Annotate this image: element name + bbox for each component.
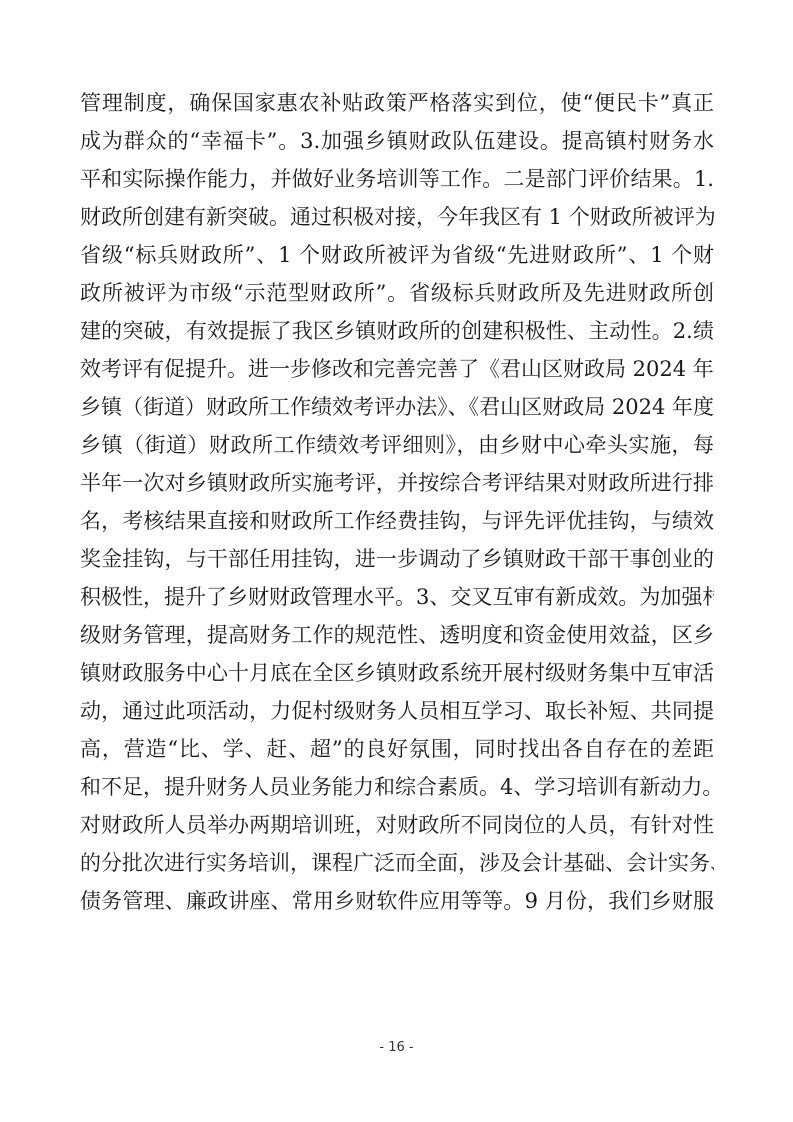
text-line: 半年一次对乡镇财政所实施考评，并按综合考评结果对财政所进行排 — [80, 464, 714, 502]
text-line: 乡镇（街道）财政所工作绩效考评办法》、《君山区财政局 2024 年度 — [80, 388, 714, 426]
text-line: 成为群众的“幸福卡”。3.加强乡镇财政队伍建设。提高镇村财务水 — [80, 122, 714, 160]
text-line: 省级“标兵财政所”、1 个财政所被评为省级“先进财政所”、1 个财 — [80, 236, 714, 274]
text-line: 管理制度，确保国家惠农补贴政策严格落实到位，使“便民卡”真正 — [80, 84, 714, 122]
text-line: 的分批次进行实务培训，课程广泛而全面，涉及会计基础、会计实务、 — [80, 844, 714, 882]
text-line: 债务管理、廉政讲座、常用乡财软件应用等等。9 月份，我们乡财服 — [80, 882, 714, 920]
text-line: 乡镇（街道）财政所工作绩效考评细则》，由乡财中心牵头实施，每 — [80, 426, 714, 464]
text-line: 财政所创建有新突破。通过积极对接，今年我区有 1 个财政所被评为 — [80, 198, 714, 236]
page-number: - 16 - — [0, 1040, 793, 1055]
text-line: 建的突破，有效提振了我区乡镇财政所的创建积极性、主动性。2.绩 — [80, 312, 714, 350]
text-line: 政所被评为市级“示范型财政所”。省级标兵财政所及先进财政所创 — [80, 274, 714, 312]
text-line: 积极性，提升了乡财财政管理水平。3、交叉互审有新成效。为加强村 — [80, 578, 714, 616]
text-line: 名，考核结果直接和财政所工作经费挂钩，与评先评优挂钩，与绩效 — [80, 502, 714, 540]
text-line: 对财政所人员举办两期培训班，对财政所不同岗位的人员，有针对性 — [80, 806, 714, 844]
text-line: 级财务管理，提高财务工作的规范性、透明度和资金使用效益，区乡 — [80, 616, 714, 654]
text-line: 动，通过此项活动，力促村级财务人员相互学习、取长补短、共同提 — [80, 692, 714, 730]
body-text: 管理制度，确保国家惠农补贴政策严格落实到位，使“便民卡”真正 成为群众的“幸福卡… — [80, 84, 714, 920]
text-line: 平和实际操作能力，并做好业务培训等工作。二是部门评价结果。1. — [80, 160, 714, 198]
text-line: 奖金挂钩，与干部任用挂钩，进一步调动了乡镇财政干部干事创业的 — [80, 540, 714, 578]
text-line: 和不足，提升财务人员业务能力和综合素质。4、学习培训有新动力。 — [80, 768, 714, 806]
text-line: 高，营造“比、学、赶、超”的良好氛围，同时找出各自存在的差距 — [80, 730, 714, 768]
text-line: 效考评有促提升。进一步修改和完善完善了《君山区财政局 2024 年度 — [80, 350, 714, 388]
text-line: 镇财政服务中心十月底在全区乡镇财政系统开展村级财务集中互审活 — [80, 654, 714, 692]
document-page: 管理制度，确保国家惠农补贴政策严格落实到位，使“便民卡”真正 成为群众的“幸福卡… — [0, 0, 793, 1122]
